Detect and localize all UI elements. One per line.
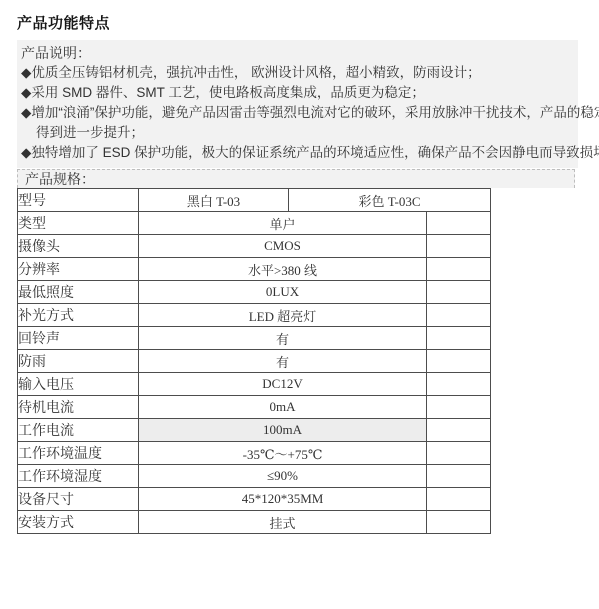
spec-empty-cell (427, 511, 491, 534)
table-row: 待机电流0mA (18, 396, 491, 419)
spec-label-cell: 防雨 (18, 350, 139, 373)
spec-empty-cell (427, 396, 491, 419)
product-description-section: 产品说明： ◆优质全压铸铝材机壳，强抗冲击性， 欧洲设计风格，超小精致，防雨设计… (17, 40, 578, 168)
spec-empty-cell (427, 235, 491, 258)
spec-value-cell: 0LUX (139, 281, 427, 304)
spec-value-cell: 挂式 (139, 511, 427, 534)
table-row: 回铃声有 (18, 327, 491, 350)
spec-value-cell: 彩色 T-03C (289, 189, 491, 212)
table-row: 安装方式挂式 (18, 511, 491, 534)
table-row: 设备尺寸45*120*35MM (18, 488, 491, 511)
spec-value-cell: 有 (139, 327, 427, 350)
spec-value-cell: 黑白 T-03 (139, 189, 289, 212)
table-row: 工作环境温度-35℃～+75℃ (18, 442, 491, 465)
spec-value-cell: -35℃～+75℃ (139, 442, 427, 465)
page: 产品功能特点 产品说明： ◆优质全压铸铝材机壳，强抗冲击性， 欧洲设计风格，超小… (0, 0, 599, 534)
spec-label-cell: 设备尺寸 (18, 488, 139, 511)
spec-empty-cell (427, 442, 491, 465)
spec-empty-cell (427, 281, 491, 304)
spec-heading: 产品规格： (17, 169, 575, 188)
spec-empty-cell (427, 488, 491, 511)
table-row: 分辨率水平>380 线 (18, 258, 491, 281)
spec-label-cell: 摄像头 (18, 235, 139, 258)
spec-empty-cell (427, 350, 491, 373)
table-row: 输入电压DC12V (18, 373, 491, 396)
spec-label-cell: 安装方式 (18, 511, 139, 534)
feature-line: 得到进一步提升； (21, 123, 574, 143)
page-title: 产品功能特点 (17, 12, 582, 33)
spec-empty-cell (427, 304, 491, 327)
spec-value-cell: 水平>380 线 (139, 258, 427, 281)
spec-label-cell: 输入电压 (18, 373, 139, 396)
feature-line: ◆优质全压铸铝材机壳，强抗冲击性， 欧洲设计风格，超小精致，防雨设计； (21, 63, 574, 83)
description-heading: 产品说明： (21, 44, 574, 63)
spec-value-cell: 0mA (139, 396, 427, 419)
spec-value-cell: DC12V (139, 373, 427, 396)
spec-empty-cell (427, 465, 491, 488)
spec-label-cell: 工作环境温度 (18, 442, 139, 465)
spec-label-cell: 类型 (18, 212, 139, 235)
spec-label-cell: 分辨率 (18, 258, 139, 281)
spec-value-cell: 单户 (139, 212, 427, 235)
spec-label-cell: 回铃声 (18, 327, 139, 350)
feature-line: ◆增加“浪涌”保护功能，避免产品因雷击等强烈电流对它的破环，采用放脉冲干扰技术，… (21, 103, 574, 123)
spec-value-cell: CMOS (139, 235, 427, 258)
table-row: 最低照度0LUX (18, 281, 491, 304)
table-row-model: 型号黑白 T-03彩色 T-03C (18, 189, 491, 212)
spec-value-cell: ≤90% (139, 465, 427, 488)
table-row: 工作电流100mA (18, 419, 491, 442)
table-row: 摄像头CMOS (18, 235, 491, 258)
spec-table: 型号黑白 T-03彩色 T-03C类型单户摄像头CMOS分辨率水平>380 线最… (17, 188, 491, 534)
feature-line: ◆采用 SMD 器件、SMT 工艺，使电路板高度集成，品质更为稳定； (21, 83, 574, 103)
spec-label-cell: 补光方式 (18, 304, 139, 327)
spec-label-cell: 工作环境湿度 (18, 465, 139, 488)
spec-label-cell: 待机电流 (18, 396, 139, 419)
table-row: 补光方式LED 超亮灯 (18, 304, 491, 327)
spec-value-cell: 45*120*35MM (139, 488, 427, 511)
spec-value-cell: 100mA (139, 419, 427, 442)
spec-empty-cell (427, 327, 491, 350)
spec-table-body: 型号黑白 T-03彩色 T-03C类型单户摄像头CMOS分辨率水平>380 线最… (18, 189, 491, 534)
table-row: 类型单户 (18, 212, 491, 235)
spec-empty-cell (427, 419, 491, 442)
spec-label-cell: 最低照度 (18, 281, 139, 304)
table-row: 工作环境湿度≤90% (18, 465, 491, 488)
spec-empty-cell (427, 373, 491, 396)
spec-empty-cell (427, 258, 491, 281)
spec-value-cell: 有 (139, 350, 427, 373)
spec-label-cell: 工作电流 (18, 419, 139, 442)
spec-label-cell: 型号 (18, 189, 139, 212)
table-row: 防雨有 (18, 350, 491, 373)
spec-value-cell: LED 超亮灯 (139, 304, 427, 327)
feature-line: ◆独特增加了 ESD 保护功能，极大的保证系统产品的环境适应性，确保产品不会因静… (21, 143, 574, 163)
spec-empty-cell (427, 212, 491, 235)
feature-lines: ◆优质全压铸铝材机壳，强抗冲击性， 欧洲设计风格，超小精致，防雨设计；◆采用 S… (21, 63, 574, 163)
